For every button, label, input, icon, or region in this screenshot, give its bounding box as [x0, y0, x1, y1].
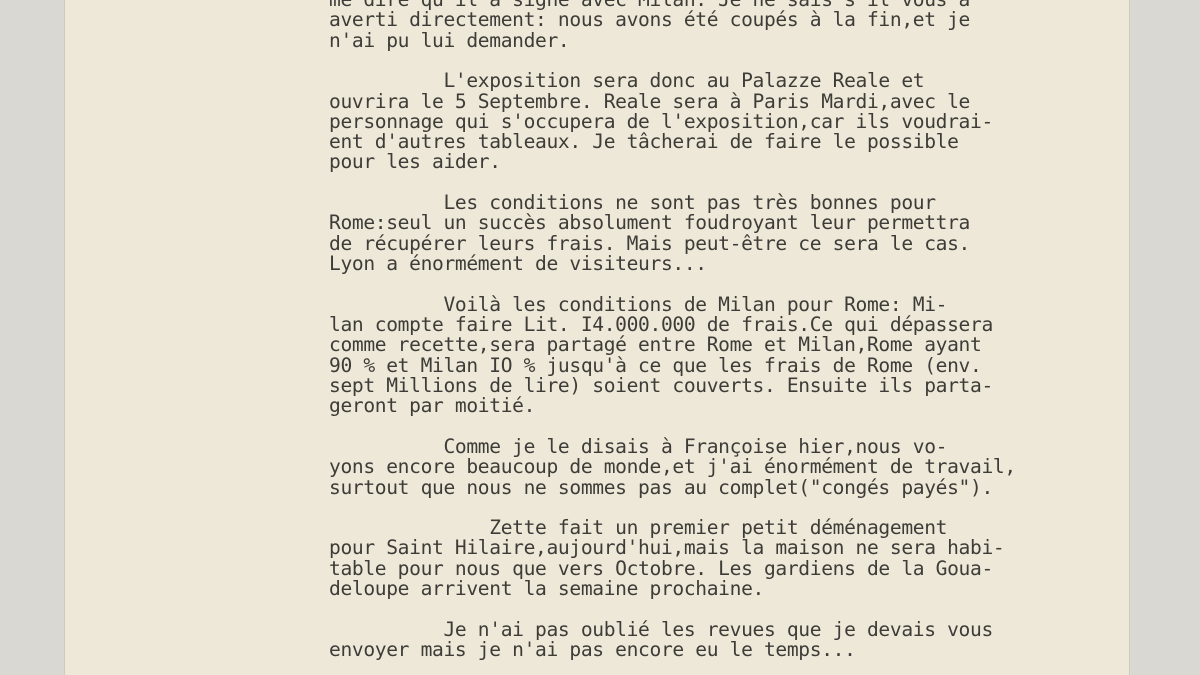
- letter-body: me dire qu'il a signé avec Milan. Je ne …: [329, 0, 1089, 675]
- text-line: Rome:seul un succès absolument foudroyan…: [329, 213, 1089, 233]
- paragraph: Zette fait un premier petit déménagement…: [329, 518, 1089, 599]
- paragraph: Comme je le disais à Françoise hier,nous…: [329, 437, 1089, 498]
- text-line: averti directement: nous avons été coupé…: [329, 10, 1089, 30]
- text-line: surtout que nous ne sommes pas au comple…: [329, 478, 1089, 498]
- text-line: pour les aider.: [329, 152, 1089, 172]
- text-line: ent d'autres tableaux. Je tâcherai de fa…: [329, 132, 1089, 152]
- text-line: Voilà les conditions de Milan pour Rome:…: [329, 295, 1089, 315]
- text-line: envoyer mais je n'ai pas encore eu le te…: [329, 640, 1089, 660]
- text-line: Comme je le disais à Françoise hier,nous…: [329, 437, 1089, 457]
- paragraph: Voilà les conditions de Milan pour Rome:…: [329, 295, 1089, 417]
- text-line: pour Saint Hilaire,aujourd'hui,mais la m…: [329, 538, 1089, 558]
- text-line: ouvrira le 5 Septembre. Reale sera à Par…: [329, 92, 1089, 112]
- text-line: Je n'ai pas oublié les revues que je dev…: [329, 620, 1089, 640]
- text-line: personnage qui s'occupera de l'expositio…: [329, 112, 1089, 132]
- text-line: lan compte faire Lit. I4.000.000 de frai…: [329, 315, 1089, 335]
- text-line: table pour nous que vers Octobre. Les ga…: [329, 559, 1089, 579]
- text-line: n'ai pu lui demander.: [329, 31, 1089, 51]
- paragraph: Les conditions ne sont pas très bonnes p…: [329, 193, 1089, 274]
- text-line: Les conditions ne sont pas très bonnes p…: [329, 193, 1089, 213]
- text-line: sept Millions de lire) soient couverts. …: [329, 376, 1089, 396]
- text-line: Lyon a énormément de visiteurs...: [329, 254, 1089, 274]
- text-line: de récupérer leurs frais. Mais peut-être…: [329, 234, 1089, 254]
- text-line: yons encore beaucoup de monde,et j'ai én…: [329, 457, 1089, 477]
- paragraph: me dire qu'il a signé avec Milan. Je ne …: [329, 0, 1089, 51]
- letter-page: me dire qu'il a signé avec Milan. Je ne …: [64, 0, 1130, 675]
- text-line: Zette fait un premier petit déménagement: [329, 518, 1089, 538]
- text-line: comme recette,sera partagé entre Rome et…: [329, 335, 1089, 355]
- text-line: L'exposition sera donc au Palazze Reale …: [329, 71, 1089, 91]
- text-line: geront par moitié.: [329, 396, 1089, 416]
- text-line: 90 % et Milan IO % jusqu'à ce que les fr…: [329, 356, 1089, 376]
- paragraph: Je n'ai pas oublié les revues que je dev…: [329, 620, 1089, 661]
- paragraph: L'exposition sera donc au Palazze Reale …: [329, 71, 1089, 172]
- text-line: deloupe arrivent la semaine prochaine.: [329, 579, 1089, 599]
